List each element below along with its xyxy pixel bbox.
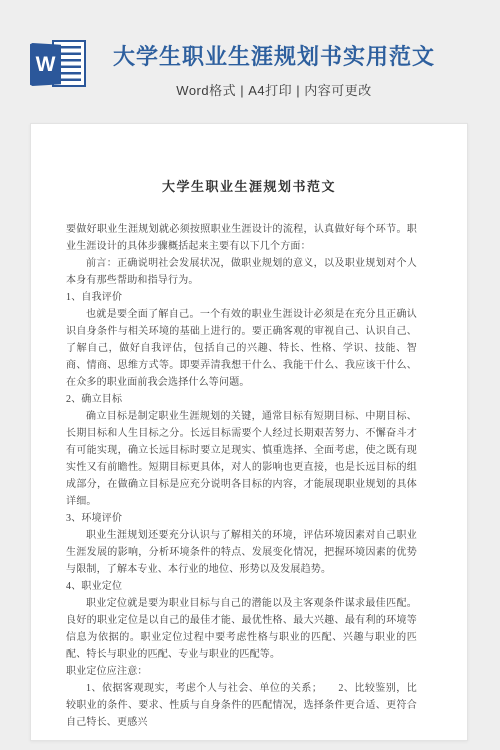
document-paragraph: 确立目标是制定职业生涯规划的关键，通常目标有短期目标、中期目标、长期目标和人生目… — [66, 408, 417, 510]
document-page: 大学生职业生涯规划书范文 要做好职业生涯规划就必须按照职业生涯设计的流程，认真做… — [30, 123, 468, 741]
page-title: 大学生职业生涯规划书实用范文 — [88, 40, 460, 71]
document-title: 大学生职业生涯规划书范文 — [31, 176, 467, 195]
word-letter: W — [36, 54, 56, 75]
document-paragraph: 前言：正确说明社会发展状况，做职业规划的意义，以及职业规划对个人本身有那些帮助和… — [66, 255, 417, 289]
document-paragraph: 3、环境评价 — [66, 510, 417, 527]
document-paragraph: 职业定位就是要为职业目标与自己的潜能以及主客观条件谋求最佳匹配。良好的职业定位是… — [66, 595, 417, 663]
document-paragraph: 要做好职业生涯规划就必须按照职业生涯设计的流程，认真做好每个环节。职业生涯设计的… — [66, 221, 417, 255]
document-paragraph: 职业定位应注意： — [66, 663, 417, 680]
document-paragraph: 职业生涯规划还要充分认识与了解相关的环境，评估环境因素对自己职业生涯发展的影响，… — [66, 527, 417, 578]
document-paragraph: 也就是要全面了解自己。一个有效的职业生涯设计必须是在充分且正确认识自身条件与相关… — [66, 306, 417, 391]
document-body: 要做好职业生涯规划就必须按照职业生涯设计的流程，认真做好每个环节。职业生涯设计的… — [66, 221, 417, 731]
document-paragraph: 2、确立目标 — [66, 391, 417, 408]
header-text-block: 大学生职业生涯规划书实用范文 Word格式 | A4打印 | 内容可更改 — [88, 40, 460, 99]
word-logo-icon: W — [30, 37, 88, 92]
page-subtitle: Word格式 | A4打印 | 内容可更改 — [88, 80, 460, 99]
document-paragraph: 1、自我评价 — [66, 289, 417, 306]
document-paragraph: 1、依据客观现实，考虑个人与社会、单位的关系； 2、比较鉴别，比较职业的条件、要… — [66, 680, 417, 731]
word-document-lines-icon — [58, 46, 81, 81]
document-paragraph: 4、职业定位 — [66, 578, 417, 595]
word-w-tile-icon: W — [30, 43, 61, 86]
header: W 大学生职业生涯规划书实用范文 Word格式 | A4打印 | 内容可更改 — [0, 0, 500, 110]
